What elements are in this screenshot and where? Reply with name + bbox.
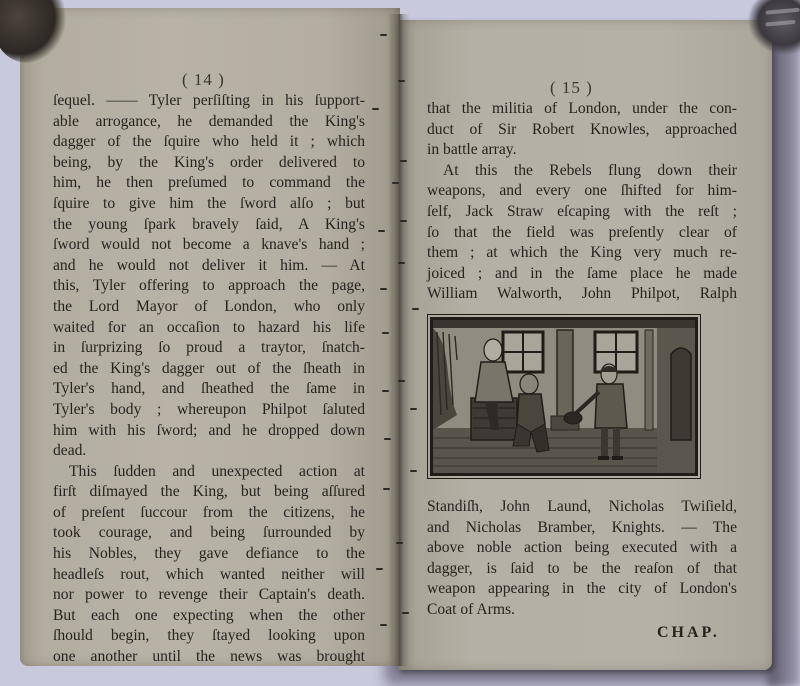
- text-line: ſelf, Jack Straw eſcaping with the reſt …: [427, 202, 737, 223]
- text-line: and he would not deliver it him. — At: [53, 256, 365, 277]
- book-gutter: [388, 14, 410, 666]
- right-page-number: ( 15 ): [550, 78, 593, 98]
- catchword: CHAP.: [657, 624, 720, 642]
- stitch-mark: [380, 34, 387, 36]
- stitch-mark: [378, 230, 385, 232]
- stitch-mark: [380, 288, 387, 290]
- text-line: ſo that the field was preſently clear of: [427, 223, 737, 244]
- right-page-text-bottom: Standiſh, John Laund, Nicholas Twiſield,…: [427, 497, 737, 621]
- stitch-mark: [372, 108, 379, 110]
- text-line: him, he then preſumed to command the: [53, 173, 365, 194]
- text-line: dagger, is ſaid to be the reaſon of that: [427, 559, 737, 580]
- text-line: Tyler's hand, and ſheathed the ſame in: [53, 379, 365, 400]
- text-line: being, by the King's order delivered to: [53, 153, 365, 174]
- text-line: This ſudden and unexpected action at: [53, 462, 365, 483]
- text-line: in ſurprizing ſo proud a traytor, ſnatch…: [53, 338, 365, 359]
- text-line: ſhould begin, they ſtayed looking upon: [53, 626, 365, 647]
- stitch-mark: [396, 542, 403, 544]
- text-line: ſquire to give him the ſword alſo ; but: [53, 194, 365, 215]
- stitch-mark: [382, 390, 389, 392]
- text-line: weapon appearing in the city of London's: [427, 579, 737, 600]
- text-line: one another until the news was brought: [53, 647, 365, 668]
- stitch-mark: [380, 624, 387, 626]
- stitch-mark: [398, 262, 405, 264]
- stitch-mark: [400, 160, 407, 162]
- stitch-mark: [384, 438, 391, 440]
- text-line: and Nicholas Bramber, Knights. — The: [427, 518, 737, 539]
- text-line: them ; at which the King very much re-: [427, 243, 737, 264]
- text-line: nor power to revenge their Captain's dea…: [53, 585, 365, 606]
- table-shadow-right: [768, 30, 800, 686]
- text-line: ed the King's dagger out of the ſheath i…: [53, 359, 365, 380]
- text-line: dagger of the ſquire who held it ; which: [53, 132, 365, 153]
- text-line: But each one expecting when the other: [53, 606, 365, 627]
- text-line: Coat of Arms.: [427, 600, 737, 621]
- text-line: ſequel. —— Tyler perſiſting in his ſuppo…: [53, 91, 365, 112]
- woodcut-illustration: [430, 317, 698, 476]
- stitch-mark: [376, 568, 383, 570]
- right-page-text-top: that the militia of London, under the co…: [427, 99, 737, 305]
- text-line: weapons, and every one ſhifted for him-: [427, 181, 737, 202]
- text-line: above noble action being executed with a: [427, 538, 737, 559]
- text-line: joiced ; and in the ſame place he made: [427, 264, 737, 285]
- text-line: that the militia of London, under the co…: [427, 99, 737, 120]
- text-line: headleſs rout, which wanted neither will: [53, 565, 365, 586]
- text-line: his Nobles, they gave defiance to the: [53, 544, 365, 565]
- text-line: Standiſh, John Laund, Nicholas Twiſield,: [427, 497, 737, 518]
- left-page-text: ſequel. —— Tyler perſiſting in his ſuppo…: [53, 91, 365, 668]
- text-line: the young ſpark bravely ſaid, A King's: [53, 215, 365, 236]
- text-line: firſt diſmayed the King, but being aſſur…: [53, 482, 365, 503]
- text-line: Tyler's body ; whereupon Philpot ſaluted: [53, 400, 365, 421]
- text-line: of preſent ſuccour from the citizens, he: [53, 503, 365, 524]
- text-line: William Walworth, John Philpot, Ralph: [427, 284, 737, 305]
- text-line: duct of Sir Robert Knowles, approached: [427, 120, 737, 141]
- text-line: able arrogance, he demanded the King's: [53, 112, 365, 133]
- text-line: At this the Rebels flung down their: [427, 161, 737, 182]
- text-line: him with his ſword; and he dropped down: [53, 421, 365, 442]
- stitch-mark: [392, 182, 399, 184]
- stitch-mark: [382, 332, 389, 334]
- text-line: ſword would not become a knave's hand ;: [53, 235, 365, 256]
- stitch-mark: [383, 488, 390, 490]
- text-line: in battle array.: [427, 140, 737, 161]
- text-line: this, Tyler offering to approach the pag…: [53, 276, 365, 297]
- stitch-mark: [412, 308, 419, 310]
- left-page-number: ( 14 ): [182, 70, 225, 90]
- stitch-mark: [410, 408, 417, 410]
- text-line: the Lord Mayor of London, who only: [53, 297, 365, 318]
- woodcut-scene-image: [433, 320, 695, 473]
- stitch-mark: [400, 220, 407, 222]
- stitch-mark: [410, 470, 417, 472]
- text-line: waited for an occaſion to hazard his lif…: [53, 318, 365, 339]
- text-line: dead.: [53, 441, 365, 462]
- stitch-mark: [398, 380, 405, 382]
- text-line: took courage, and being ſurrounded by: [53, 523, 365, 544]
- stitch-mark: [402, 612, 409, 614]
- stitch-mark: [398, 80, 405, 82]
